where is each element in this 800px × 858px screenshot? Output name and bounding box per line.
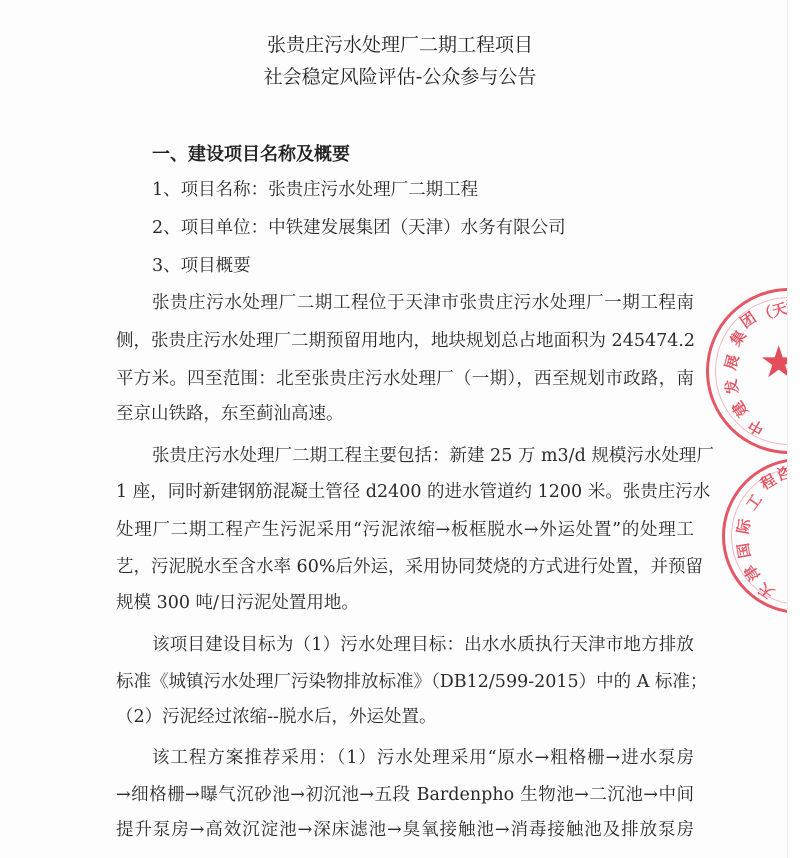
section-heading: 一、建设项目名称及概要 [152, 143, 350, 167]
paragraph-line: →细格栅→曝气沉砂池→初沉池→五段 Bardenpho 生物池→二沉池→中间 [116, 783, 694, 807]
item-project-overview: 3、项目概要 [152, 254, 251, 278]
paragraph-line: 处理厂二期工程产生污泥采用“污泥浓缩→板框脱水→外运处置”的处理工 [116, 518, 694, 542]
paragraph-line: 平方米。四至范围：北至张贵庄污水处理厂（一期），西至规划市政路，南 [116, 367, 694, 391]
paragraph-line: （2）污泥经过浓缩--脱水后，外运处置。 [116, 705, 694, 729]
paragraph-line: 规模 300 吨/日污泥处置用地。 [116, 591, 694, 615]
item-project-name: 1、项目名称：张贵庄污水处理厂二期工程 [152, 178, 478, 202]
document-page [0, 0, 787, 858]
paragraph-line: 标准《城镇污水处理厂污染物排放标准》（DB12/599-2015）中的 A 标准… [116, 670, 694, 694]
paragraph-line: 提升泵房→高效沉淀池→深床滤池→臭氧接触池→消毒接触池及排放泵房 [116, 818, 694, 842]
paragraph-line: 该项目建设目标为（1）污水处理目标：出水水质执行天津市地方排放 [152, 633, 694, 657]
paragraph-line: 张贵庄污水处理厂二期工程主要包括：新建 25 万 m3/d 规模污水处理厂 [152, 444, 694, 468]
item-project-unit: 2、项目单位：中铁建发展集团（天津）水务有限公司 [152, 216, 566, 240]
paragraph-line: 侧，张贵庄污水处理厂二期预留用地内，地块规划总占地面积为 245474.2 [116, 329, 694, 353]
paragraph-line: 至京山铁路，东至蓟汕高速。 [116, 402, 694, 426]
paragraph-line: 艺，污泥脱水至含水率 60%后外运，采用协同焚烧的方式进行处置，并预留 [116, 555, 694, 579]
page-edge [787, 0, 800, 858]
paragraph-line: 该工程方案推荐采用：（1）污水处理采用“原水→粗格栅→进水泵房 [152, 746, 694, 770]
document-title-line2: 社会稳定风险评估-公众参与公告 [0, 65, 800, 89]
document-title-line1: 张贵庄污水处理厂二期工程项目 [0, 33, 800, 57]
paragraph-line: 1 座，同时新建钢筋混凝土管径 d2400 的进水管道约 1200 米。张贵庄污… [116, 480, 694, 504]
paragraph-line: 张贵庄污水处理厂二期工程位于天津市张贵庄污水处理厂一期工程南 [152, 291, 694, 315]
